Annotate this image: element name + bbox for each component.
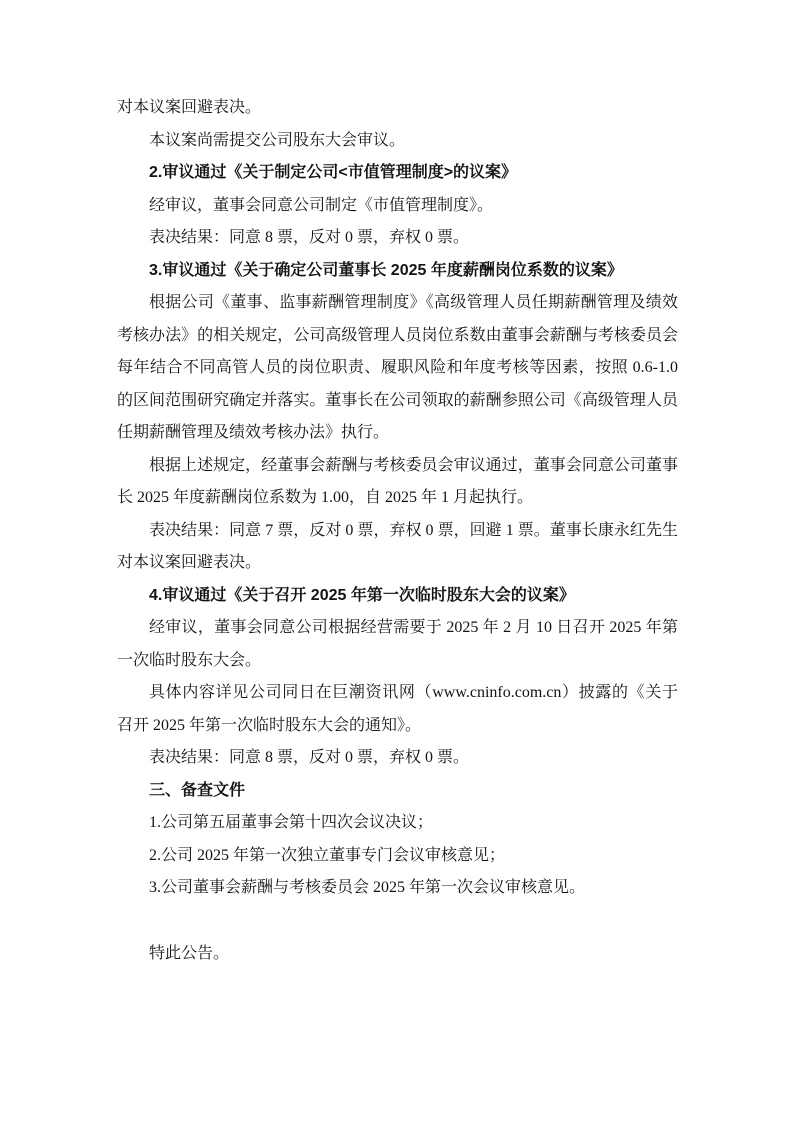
paragraph-recusal-continuation: 对本议案回避表决。 [117, 92, 678, 125]
proposal-2-vote-result: 表决结果：同意 8 票，反对 0 票，弃权 0 票。 [117, 222, 678, 255]
proposal-4-vote-result: 表决结果：同意 8 票，反对 0 票，弃权 0 票。 [117, 742, 678, 775]
proposal-4-heading: 4.审议通过《关于召开 2025 年第一次临时股东大会的议案》 [117, 580, 678, 613]
reference-document-3: 3.公司董事会薪酬与考核委员会 2025 年第一次会议审核意见。 [117, 872, 678, 905]
proposal-2-resolution: 经审议，董事会同意公司制定《市值管理制度》。 [117, 190, 678, 223]
section-3-heading-reference-documents: 三、备查文件 [117, 775, 678, 808]
proposal-2-heading: 2.审议通过《关于制定公司<市值管理制度>的议案》 [117, 157, 678, 190]
reference-document-1: 1.公司第五届董事会第十四次会议决议； [117, 807, 678, 840]
proposal-3-vote-result: 表决结果：同意 7 票，反对 0 票，弃权 0 票，回避 1 票。董事长康永红先… [117, 515, 678, 580]
proposal-4-disclosure-note: 具体内容详见公司同日在巨潮资讯网（www.cninfo.com.cn）披露的《关… [117, 677, 678, 742]
proposal-4-resolution: 经审议，董事会同意公司根据经营需要于 2025 年 2 月 10 日召开 202… [117, 612, 678, 677]
paragraph-submit-to-shareholders: 本议案尚需提交公司股东大会审议。 [117, 125, 678, 158]
reference-document-2: 2.公司 2025 年第一次独立董事专门会议审核意见； [117, 840, 678, 873]
document-page: 对本议案回避表决。 本议案尚需提交公司股东大会审议。 2.审议通过《关于制定公司… [0, 0, 794, 1122]
announcement-closing: 特此公告。 [117, 938, 678, 971]
proposal-3-heading: 3.审议通过《关于确定公司董事长 2025 年度薪酬岗位系数的议案》 [117, 255, 678, 288]
proposal-3-basis: 根据公司《董事、监事薪酬管理制度》《高级管理人员任期薪酬管理及绩效考核办法》的相… [117, 287, 678, 450]
proposal-3-resolution: 根据上述规定，经董事会薪酬与考核委员会审议通过，董事会同意公司董事长 2025 … [117, 450, 678, 515]
